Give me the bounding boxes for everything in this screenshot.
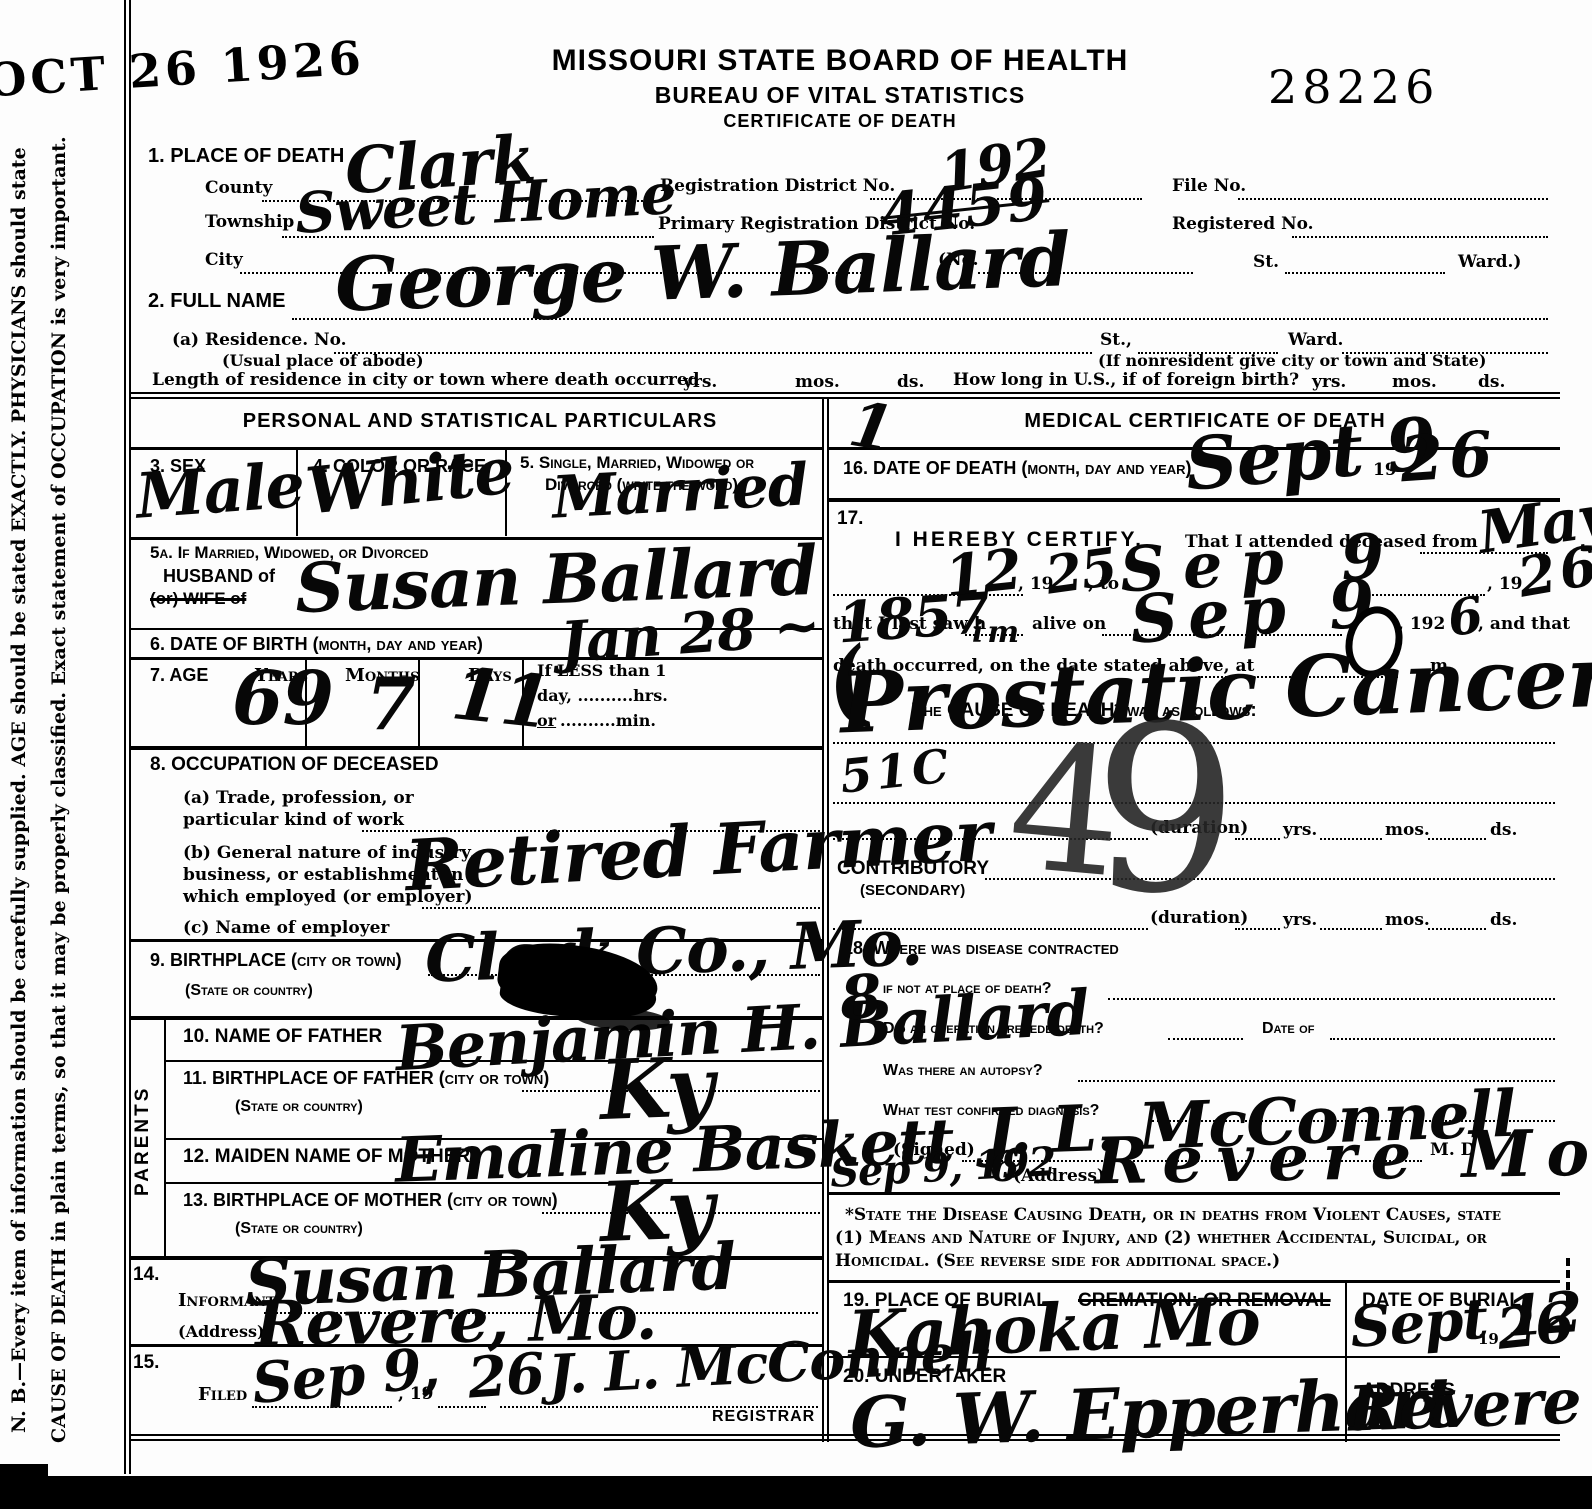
registrar-label: REGISTRAR <box>712 1408 815 1426</box>
duration-mos-2: mos. <box>1385 910 1430 930</box>
certify-19-printed-2: , 19 <box>1487 574 1523 594</box>
bureau-title: BUREAU OF VITAL STATISTICS <box>540 82 1140 109</box>
county-label: County <box>205 178 272 198</box>
board-title: MISSOURI STATE BOARD OF HEALTH <box>540 44 1140 78</box>
duration-ds-1: ds. <box>1490 820 1517 840</box>
age-years-value: 69 <box>232 662 333 736</box>
wife-of-label: (or) WIFE of <box>150 589 246 609</box>
length-ds: ds. <box>897 372 924 392</box>
township-label: Township <box>205 212 294 232</box>
length-yrs: yrs. <box>683 372 717 392</box>
file-no-line <box>1238 196 1548 200</box>
stray-mark-8: 8 <box>838 967 883 1030</box>
duration-dots-1b <box>1320 836 1382 840</box>
duration-yrs-2: yrs. <box>1283 910 1317 930</box>
footnote-line-3: Homicidal. (See reverse side for additio… <box>835 1251 1280 1271</box>
row-line <box>827 1280 1560 1283</box>
row-line <box>130 746 822 750</box>
registered-no-label: Registered No. <box>1172 214 1314 234</box>
left-border-rule <box>124 0 131 1474</box>
residence-line <box>334 350 1092 354</box>
sex-value: Male <box>134 454 306 528</box>
signature-date-tail: 6 <box>990 1146 1018 1188</box>
mother-bp-label: 13. BIRTHPLACE OF MOTHER (city or town) <box>183 1190 558 1211</box>
date-of-death-label: 16. DATE OF DEATH (month, day and year) <box>843 458 1192 479</box>
abode-note: (Usual place of abode) <box>222 351 424 370</box>
husband-of-label: HUSBAND of <box>163 566 275 587</box>
duration-dots-2b <box>1320 926 1382 930</box>
birthplace-label: 9. BIRTHPLACE (city or town) <box>150 950 402 971</box>
certificate-number: 28226 <box>1268 60 1439 114</box>
attended-from-day: 12 <box>942 541 1023 605</box>
length-mos: mos. <box>795 372 840 392</box>
dateof-label: Date of <box>1262 1020 1314 1038</box>
age-days-value: 11 <box>449 657 554 739</box>
length-residence-label: Length of residence in city or town wher… <box>152 370 700 390</box>
alive-on-label: alive on <box>1032 614 1106 634</box>
residence-ward-label: Ward. <box>1288 330 1343 350</box>
item15-number: 15. <box>133 1352 159 1374</box>
certificate-title: CERTIFICATE OF DEATH <box>540 111 1140 132</box>
city-label: City <box>205 250 243 270</box>
pencil-mark-9: 9 <box>1089 718 1242 907</box>
marital-value: Married <box>551 455 809 526</box>
occ-c-label: (c) Name of employer <box>183 918 389 938</box>
attended-to-year: 26 <box>1514 537 1592 605</box>
margin-note-line1: N. B.—Every item of information should b… <box>8 100 30 1480</box>
place-of-death-heading: 1. PLACE OF DEATH <box>148 145 344 168</box>
mother-bp-state-label: (State or country) <box>235 1220 363 1238</box>
residence-st-label: St., <box>1100 330 1132 350</box>
signature-date: Sep 9, 192 <box>829 1142 1056 1194</box>
item17-number: 17. <box>837 508 863 530</box>
duration-ds-2: ds. <box>1490 910 1517 930</box>
birthplace-state-label: (State or country) <box>185 982 313 1000</box>
informant-address-label: (Address) <box>178 1322 265 1341</box>
reg-district-label: Registration District No. <box>660 176 895 196</box>
burial-place-value: Kahoka Mo <box>847 1288 1261 1368</box>
registered-no-line <box>1292 234 1548 238</box>
duration-mos-1: mos. <box>1385 820 1430 840</box>
death-certificate-scan: OCT 26 1926 N. B.—Every item of informat… <box>0 0 1592 1509</box>
howlong-mos: mos. <box>1392 372 1437 392</box>
file-no-label: File No. <box>1172 176 1246 196</box>
dod-year-value: 26 <box>1398 423 1500 492</box>
residence-label: (a) Residence. No. <box>172 330 347 350</box>
less-than-label-3b: ..........min. <box>560 711 656 730</box>
lastsaw-squiggle: im <box>972 618 1023 648</box>
signature-address-value: Revere Mo <box>1094 1122 1592 1195</box>
duration-dots-2c <box>1428 926 1486 930</box>
section-divider <box>130 392 1560 399</box>
attended-from-year: 25 <box>1043 541 1120 602</box>
dob-label: 6. DATE OF BIRTH (month, day and year) <box>150 634 483 655</box>
margin-note-line2: CAUSE OF DEATH in plain terms, so that i… <box>48 100 70 1480</box>
father-bp-state-label: (State or country) <box>235 1098 363 1116</box>
full-name-heading: 2. FULL NAME <box>148 290 285 313</box>
parents-label: PARENTS <box>132 1022 154 1260</box>
autopsy-label: Was there an autopsy? <box>883 1062 1043 1080</box>
city-st-line <box>1285 270 1445 274</box>
occ-b-line <box>422 905 820 909</box>
cause-code-value: 51C <box>838 742 955 800</box>
received-date-stamp: OCT 26 1926 <box>0 30 366 107</box>
less-than-label-2: day, ..........hrs. <box>537 686 668 705</box>
race-value: White <box>303 439 517 524</box>
full-name-value: George W. Ballard <box>334 223 1071 323</box>
duration-yrs-1: yrs. <box>1283 820 1317 840</box>
howlong-ds: ds. <box>1478 372 1505 392</box>
scan-edge-bar <box>0 1476 1592 1509</box>
howlong-yrs: yrs. <box>1312 372 1346 392</box>
filed-label: Filed <box>198 1384 247 1405</box>
ifnot-dots <box>1108 996 1555 1000</box>
city-ward-label: Ward.) <box>1458 252 1521 272</box>
duration-dots-1c <box>1428 836 1486 840</box>
filed-date-value: Sep 9, <box>250 1340 441 1412</box>
item14-number: 14. <box>133 1264 159 1286</box>
dateof-dots <box>1330 1036 1555 1040</box>
father-label: 10. NAME OF FATHER <box>183 1026 382 1048</box>
city-st-label: St. <box>1253 252 1279 272</box>
occ-a-label-1: (a) Trade, profession, or <box>183 788 414 808</box>
footnote-line-1: *State the Disease Causing Death, or in … <box>845 1205 1501 1225</box>
township-value: Sweet Home <box>294 166 677 242</box>
age-label: 7. AGE <box>150 665 208 686</box>
lastsaw-192-printed: , 192 <box>1398 614 1445 634</box>
occ-a-label-2: particular kind of work <box>183 810 404 830</box>
occupation-heading: 8. OCCUPATION OF DECEASED <box>150 754 439 776</box>
personal-heading: PERSONAL AND STATISTICAL PARTICULARS <box>140 410 820 433</box>
howlong-us-label: How long in U.S., if of foreign birth? <box>953 370 1299 390</box>
operation-dots <box>1168 1036 1243 1040</box>
filed-year-value: 26 <box>466 1345 546 1406</box>
nonresident-note: (If nonresident give city or town and St… <box>1098 351 1486 370</box>
footnote-line-2: (1) Means and Nature of Injury, and (2) … <box>835 1228 1487 1248</box>
age-months-value: 7 <box>366 668 415 740</box>
secondary-label: (SECONDARY) <box>860 882 965 899</box>
burial-year-value: 26 <box>1494 1294 1575 1358</box>
undertaker-address-value: Revere Mo. <box>1347 1365 1592 1440</box>
stray-mark-1: 1 <box>845 393 897 461</box>
